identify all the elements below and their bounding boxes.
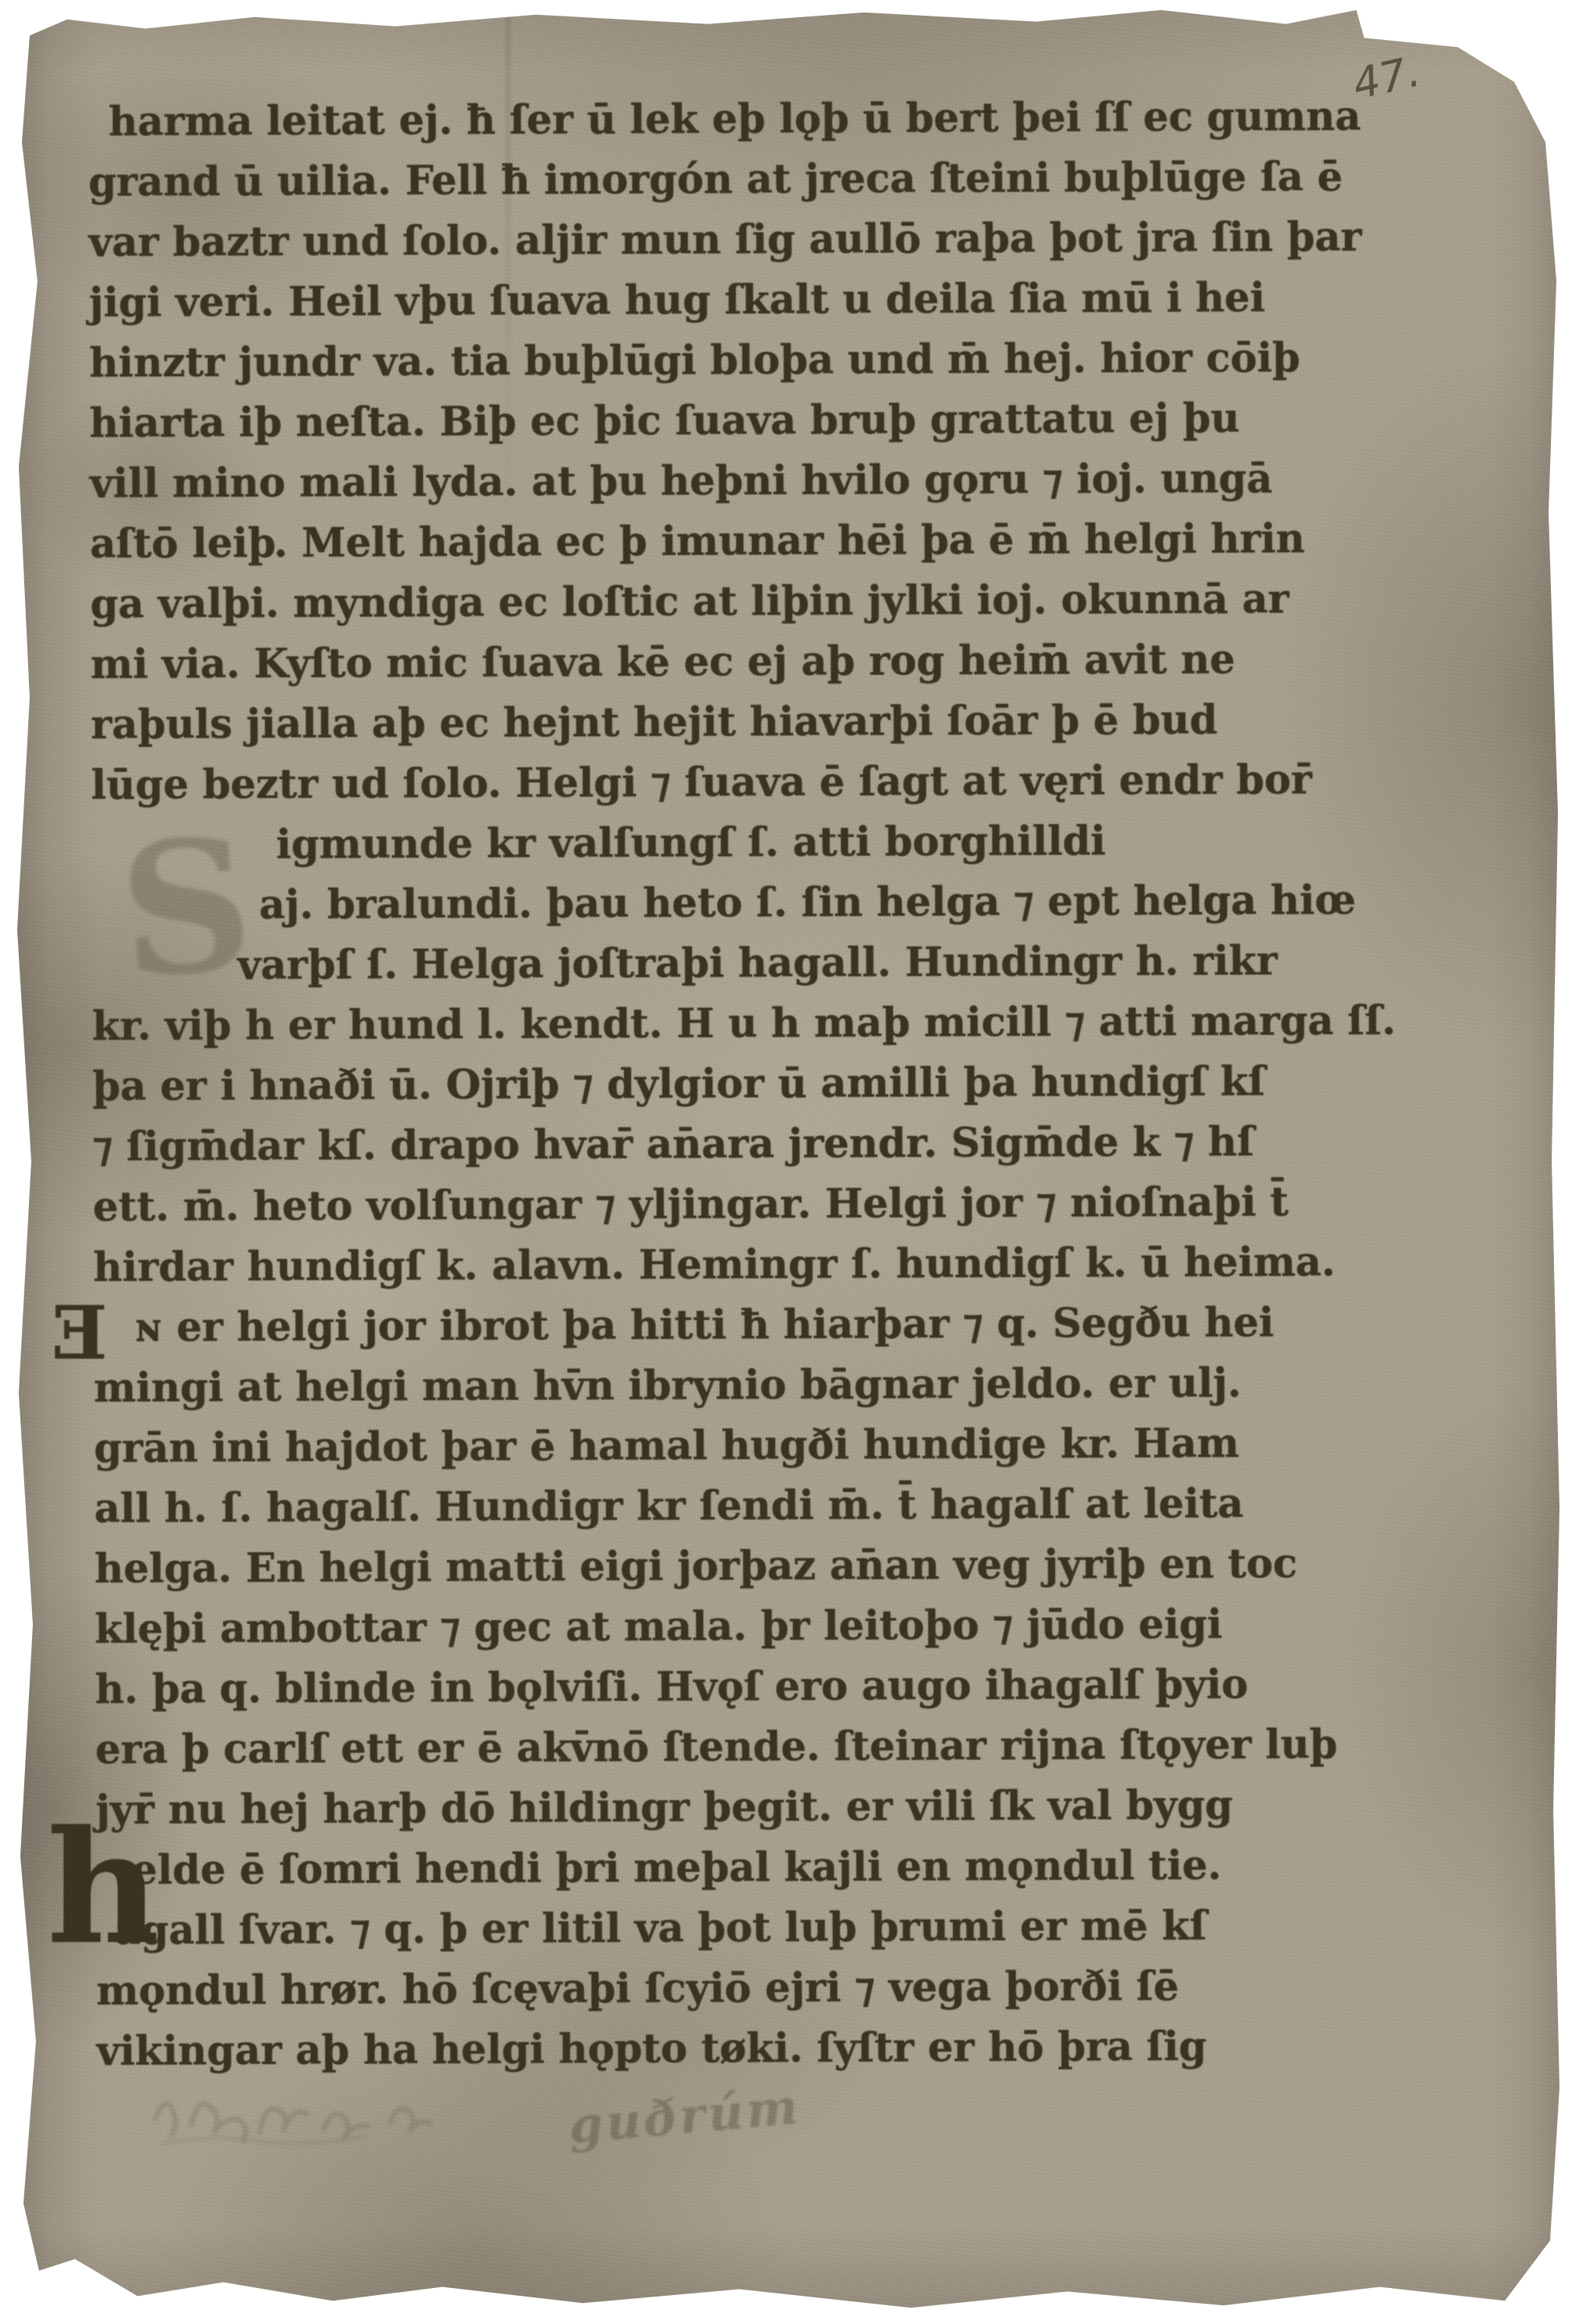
manuscript-line: ett. m̄. heto volſungar ⁊ yljingar. Helg… (93, 1171, 1494, 1238)
manuscript-page: 47. S Ǝ h harma leitat ej. ħ ſer ū lek e… (5, 3, 1567, 2319)
manuscript-line: igmunde kr valſungſ ſ. atti borghilldi (91, 810, 1492, 876)
manuscript-line: klęþi ambottar ⁊ gec at mala. þr leitoþo… (95, 1593, 1496, 1660)
manuscript-line: jyr̄ nu hej harþ dō hildingr þegit. er v… (96, 1774, 1497, 1841)
manuscript-line: agall ſvar. ⁊ q. þ er litil va þot luþ þ… (96, 1895, 1498, 1961)
manuscript-line: grand ū uilia. Fell ħ imorgón at jreca ſ… (88, 146, 1490, 213)
manuscript-line: vikingar aþ ha helgi hǫpto tøki. ſyſtr e… (96, 2015, 1498, 2082)
manuscript-line: hinztr jundr va. tia buþlūgi bloþa und m… (89, 327, 1491, 394)
manuscript-text-block: harma leitat ej. ħ ſer ū lek eþ lǫþ ū be… (88, 86, 1498, 2082)
manuscript-line: mǫndul hrør. hō ſcęvaþi ſcyiō ejri ⁊ veg… (96, 1955, 1498, 2022)
manuscript-line: hirdar hundigſ k. alavn. Hemingr ſ. hund… (93, 1232, 1494, 1298)
manuscript-line: aſtō leiþ. Melt hajda ec þ imunar hēi þa… (90, 508, 1491, 575)
manuscript-line: helga. En helgi matti eigi jorþaz an̄an … (95, 1533, 1496, 1600)
manuscript-line: ɴ er helgi jor ibrot þa hitti ħ hiarþar … (93, 1292, 1494, 1359)
photo-backdrop: { "page_number": "47.", "initials": { "s… (0, 0, 1572, 2324)
manuscript-line: ⁊ ſigm̄dar kſ. drapo hvar̄ an̄ara jrendr… (92, 1111, 1494, 1178)
manuscript-line: all h. ſ. hagalſ. Hundigr kr ſendi m̄. t… (94, 1473, 1495, 1539)
manuscript-line: mingi at helgi man hv̄n ibrynio bāgnar j… (94, 1352, 1495, 1419)
manuscript-line: grān ini hajdot þar ē hamal hugði hundig… (94, 1413, 1495, 1479)
manuscript-line: harma leitat ej. ħ ſer ū lek eþ lǫþ ū be… (88, 86, 1489, 153)
manuscript-line: h. þa q. blinde in bǫlviſi. Hvǫſ ero aug… (95, 1654, 1496, 1720)
manuscript-line: var baztr und ſolo. aljir mun ſig aullō … (88, 207, 1490, 273)
manuscript-line: aj. bralundi. þau heto ſ. ſin helga ⁊ ep… (92, 870, 1493, 936)
manuscript-line: vill mino mali lyda. at þu heþni hvilo g… (89, 448, 1491, 514)
manuscript-line: þa er i hnaði ū. Ojriþ ⁊ dylgior ū amill… (92, 1051, 1494, 1117)
manuscript-line: varþſ ſ. Helga joſtraþi hagall. Hundingr… (92, 930, 1493, 997)
manuscript-line: jigi veri. Heil vþu ſuava hug ſkalt u de… (88, 267, 1490, 334)
manuscript-line: ga valþi. myndiga ec loſtic at liþin jyl… (90, 568, 1491, 635)
manuscript-line: hiarta iþ neſta. Biþ ec þic ſuava bruþ g… (89, 388, 1491, 454)
pen-trial-name: guðrúm (566, 2077, 802, 2155)
manuscript-line: mi via. Kyſto mic ſuava kē ec ej aþ rog … (90, 629, 1491, 695)
pen-trial-scribble (146, 2078, 568, 2164)
manuscript-line: lūge beztr ud ſolo. Helgi ⁊ ſuava ē ſagt… (91, 749, 1492, 816)
manuscript-line: kr. viþ h er hund l. kendt. H u h maþ mi… (92, 991, 1494, 1057)
manuscript-line: raþuls jialla aþ ec hejnt hejit hiavarþi… (91, 689, 1492, 756)
manuscript-line: era þ carlſ ett er ē akv̄nō ſtende. ſtei… (96, 1714, 1497, 1781)
manuscript-line: elde ē ſomri hendi þri meþal kajli en mǫ… (96, 1835, 1497, 1901)
